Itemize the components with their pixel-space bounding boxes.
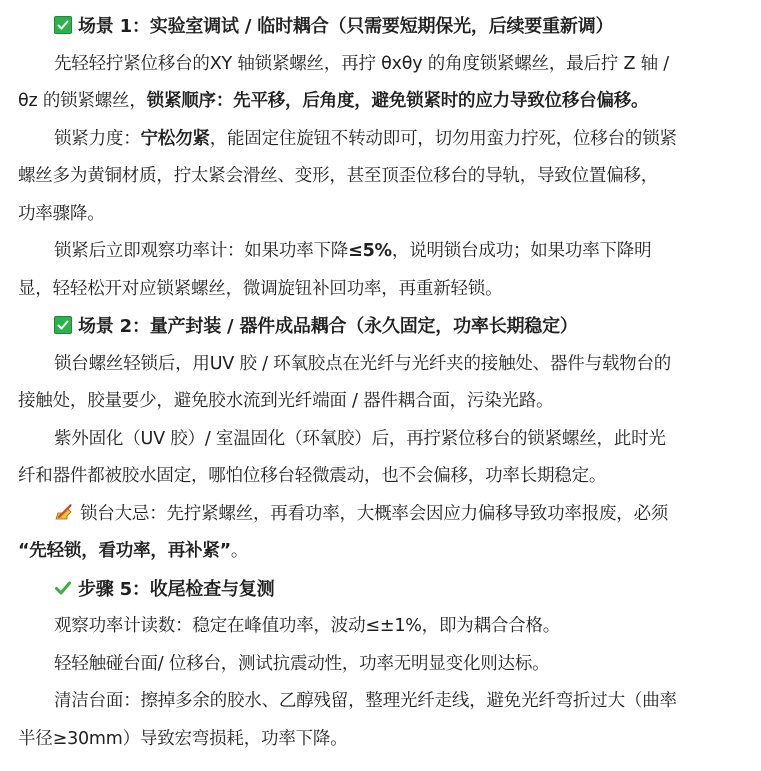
text: θz 的锁紧螺丝， xyxy=(18,91,147,111)
paragraph-line: 接触处，胶量要少，避免胶水流到光纤端面 / 器件耦合面，污染光路。 xyxy=(18,383,747,421)
text: 锁紧后立即观察功率计：如果功率下降 xyxy=(54,241,348,261)
scenario1-paragraph-check: 锁紧后立即观察功率计：如果功率下降≤5%，说明锁台成功；如果功率下降明 显，轻轻… xyxy=(18,233,747,308)
text: 锁台大忌：先拧紧螺丝，再看功率，大概率会因应力偏移导致功率报废，必须 xyxy=(80,504,668,524)
writing-hand-pencil-icon xyxy=(54,503,74,521)
scenario2-heading-text: 场景 2：量产封装 / 器件成品耦合（永久固定，功率长期稳定） xyxy=(78,316,578,337)
scenario1-heading-text: 场景 1：实验室调试 / 临时耦合（只需要短期保光，后续要重新调） xyxy=(78,16,613,37)
scenario2-heading: 场景 2：量产封装 / 器件成品耦合（永久固定，功率长期稳定） xyxy=(18,308,747,346)
paragraph-line: 锁紧力度：宁松勿紧，能固定住旋钮不转动即可，切勿用蛮力拧死，位移台的锁紧 xyxy=(18,121,747,159)
bold-text: “先轻锁，看功率，再补紧” xyxy=(18,541,231,561)
paragraph-line: 锁台大忌：先拧紧螺丝，再看功率，大概率会因应力偏移导致功率报废，必须 xyxy=(18,496,747,534)
paragraph-line: 紫外固化（UV 胶）/ 室温固化（环氧胶）后，再拧紧位移台的锁紧螺丝，此时光 xyxy=(18,421,747,459)
scenario2-paragraph-glue: 锁台螺丝轻锁后，用UV 胶 / 环氧胶点在光纤与光纤夹的接触处、器件与载物台的 … xyxy=(18,346,747,421)
step5-item-vibration-test: 轻轻触碰台面/ 位移台，测试抗震动性，功率无明显变化则达标。 xyxy=(18,646,747,684)
paragraph-line: 先轻轻拧紧位移台的XY 轴锁紧螺丝，再拧 θxθy 的角度锁紧螺丝，最后拧 Z … xyxy=(18,46,747,84)
paragraph-line: 观察功率计读数：稳定在峰值功率，波动≤±1%，即为耦合合格。 xyxy=(18,608,747,646)
paragraph-line: 功率骤降。 xyxy=(18,196,747,234)
bold-text: 宁松勿紧 xyxy=(141,129,210,149)
paragraph-line: 锁台螺丝轻锁后，用UV 胶 / 环氧胶点在光纤与光纤夹的接触处、器件与载物台的 xyxy=(18,346,747,384)
paragraph-line: 显，轻轻松开对应锁紧螺丝，微调旋钮补回功率，再重新轻锁。 xyxy=(18,271,747,309)
paragraph-line: 清洁台面：擦掉多余的胶水、乙醇残留，整理光纤走线，避免光纤弯折过大（曲率 xyxy=(18,683,747,721)
white-check-mark-button-icon xyxy=(54,316,72,334)
paragraph-line: 纤和器件都被胶水固定，哪怕位移台轻微震动，也不会偏移，功率长期稳定。 xyxy=(18,458,747,496)
text: ，说明锁台成功；如果功率下降明 xyxy=(392,241,652,261)
bold-text: 锁紧顺序：先平移，后角度，避免锁紧时的应力导致位移台偏移。 xyxy=(147,91,649,111)
paragraph-line: 螺丝多为黄铜材质，拧太紧会滑丝、变形，甚至顶歪位移台的导轨，导致位置偏移， xyxy=(18,158,747,196)
paragraph-line: 锁紧后立即观察功率计：如果功率下降≤5%，说明锁台成功；如果功率下降明 xyxy=(18,233,747,271)
scenario1-paragraph-order: 先轻轻拧紧位移台的XY 轴锁紧螺丝，再拧 θxθy 的角度锁紧螺丝，最后拧 Z … xyxy=(18,46,747,121)
white-check-mark-button-icon xyxy=(54,16,72,34)
step5-item-cleanup: 清洁台面：擦掉多余的胶水、乙醇残留，整理光纤走线，避免光纤弯折过大（曲率 半径≥… xyxy=(18,683,747,758)
scenario1-heading: 场景 1：实验室调试 / 临时耦合（只需要短期保光，后续要重新调） xyxy=(18,8,747,46)
step5-item-power-reading: 观察功率计读数：稳定在峰值功率，波动≤±1%，即为耦合合格。 xyxy=(18,608,747,646)
paragraph-line: θz 的锁紧螺丝，锁紧顺序：先平移，后角度，避免锁紧时的应力导致位移台偏移。 xyxy=(18,83,747,121)
paragraph-line: 轻轻触碰台面/ 位移台，测试抗震动性，功率无明显变化则达标。 xyxy=(18,646,747,684)
paragraph-line: “先轻锁，看功率，再补紧”。 xyxy=(18,533,747,571)
step5-heading-text: 步骤 5：收尾检查与复测 xyxy=(78,579,274,600)
heavy-check-mark-icon xyxy=(54,579,72,597)
scenario1-paragraph-force: 锁紧力度：宁松勿紧，能固定住旋钮不转动即可，切勿用蛮力拧死，位移台的锁紧 螺丝多… xyxy=(18,121,747,234)
text: 锁紧力度： xyxy=(54,129,141,149)
paragraph-line: 半径≥30mm）导致宏弯损耗，功率下降。 xyxy=(18,721,747,759)
text: ，能固定住旋钮不转动即可，切勿用蛮力拧死，位移台的锁紧 xyxy=(210,129,677,149)
text: 。 xyxy=(231,541,248,561)
step5-heading: 步骤 5：收尾检查与复测 xyxy=(18,571,747,609)
bold-text: ≤5% xyxy=(348,241,392,261)
scenario2-paragraph-cure: 紫外固化（UV 胶）/ 室温固化（环氧胶）后，再拧紧位移台的锁紧螺丝，此时光 纤… xyxy=(18,421,747,496)
warning-note: 锁台大忌：先拧紧螺丝，再看功率，大概率会因应力偏移导致功率报废，必须 “先轻锁，… xyxy=(18,496,747,571)
document: 场景 1：实验室调试 / 临时耦合（只需要短期保光，后续要重新调） 先轻轻拧紧位… xyxy=(0,0,761,758)
